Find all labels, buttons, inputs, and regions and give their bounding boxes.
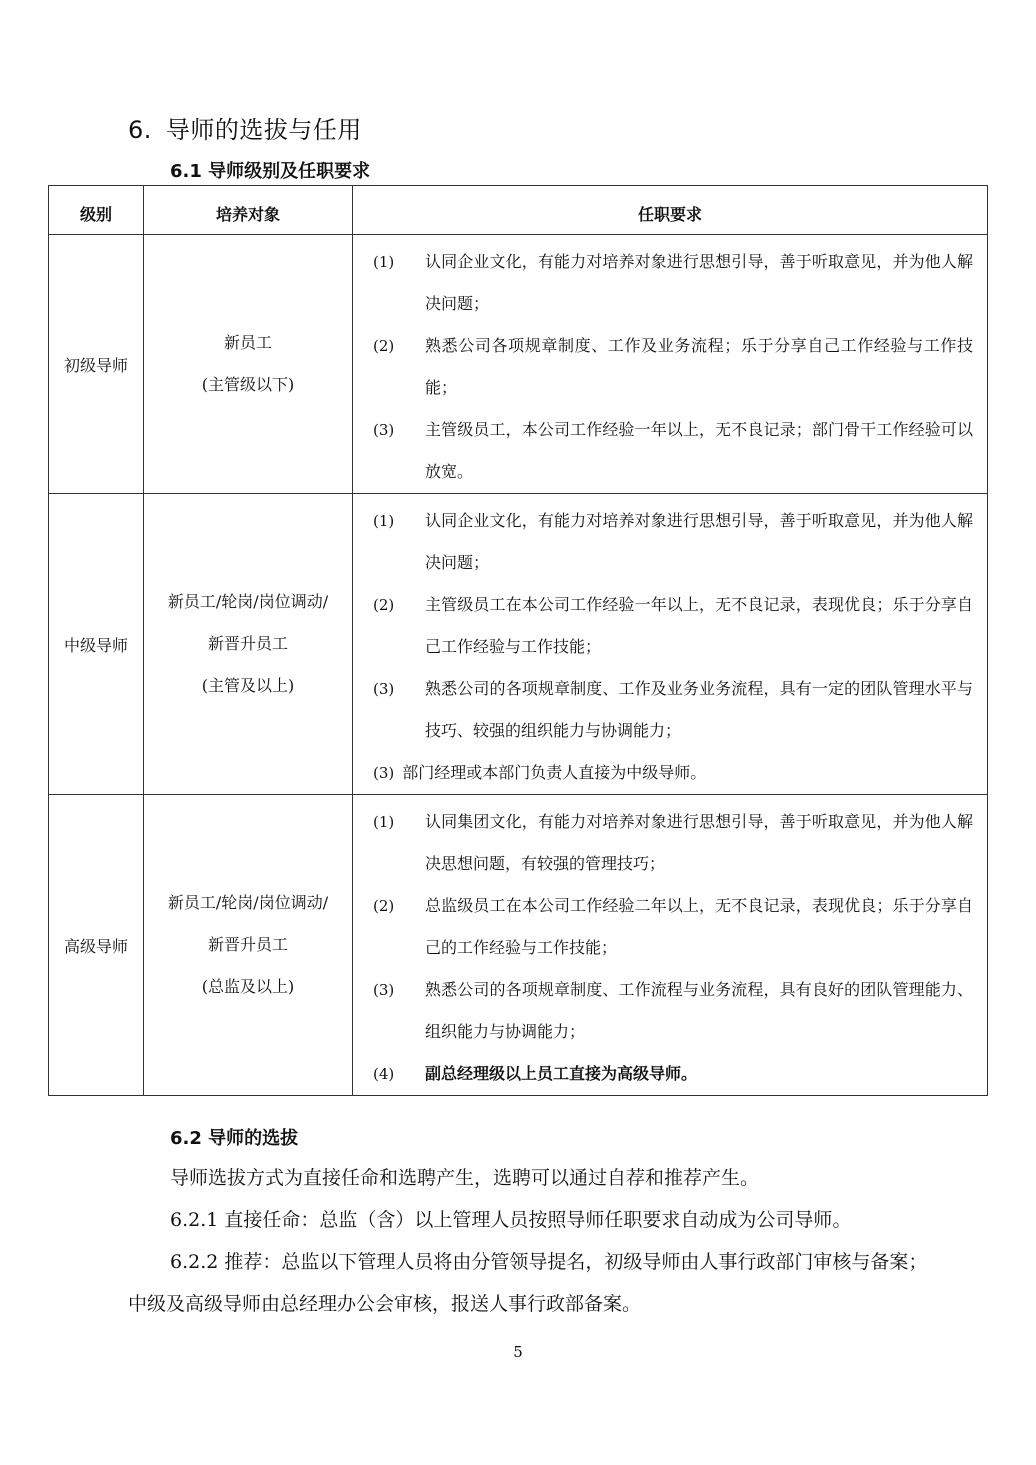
target-cell: 新员工 (主管级以下) [144,235,353,494]
target-line: 新晋升员工 [144,924,352,966]
table-header-row: 级别 培养对象 任职要求 [49,186,988,235]
requirement-item: (3) 主管级员工，本公司工作经验一年以上，无不良记录；部门骨干工作经验可以放宽… [373,409,973,493]
requirement-item: (4) 副总经理级以上员工直接为高级导师。 [373,1053,973,1095]
target-cell: 新员工/轮岗/岗位调动/ 新晋升员工 (主管及以上) [144,494,353,795]
target-line: (主管级以下) [144,364,352,406]
header-requirements: 任职要求 [353,186,988,235]
paragraph: 导师选拔方式为直接任命和选聘产生，选聘可以通过自荐和推荐产生。 [128,1157,928,1199]
requirements-cell: (1) 认同集团文化，有能力对培养对象进行思想引导，善于听取意见，并为他人解决思… [353,795,988,1096]
requirement-item: (1) 认同企业文化，有能力对培养对象进行思想引导，善于听取意见，并为他人解决问… [373,500,973,584]
level-cell: 初级导师 [49,235,144,494]
requirements-cell: (1) 认同企业文化，有能力对培养对象进行思想引导，善于听取意见，并为他人解决问… [353,494,988,795]
header-target: 培养对象 [144,186,353,235]
requirement-item: (2) 总监级员工在本公司工作经验二年以上，无不良记录，表现优良；乐于分享自己的… [373,885,973,969]
table-row-senior: 高级导师 新员工/轮岗/岗位调动/ 新晋升员工 (总监及以上) (1) 认同集团… [49,795,988,1096]
requirement-item: (1) 认同企业文化，有能力对培养对象进行思想引导，善于听取意见，并为他人解决问… [373,241,973,325]
header-level: 级别 [49,186,144,235]
paragraph: 6.2.2 推荐：总监以下管理人员将由分管领导提名，初级导师由人事行政部门审核与… [128,1241,928,1325]
level-cell: 中级导师 [49,494,144,795]
table-row-intermediate: 中级导师 新员工/轮岗/岗位调动/ 新晋升员工 (主管及以上) (1) 认同企业… [49,494,988,795]
target-line: 新晋升员工 [144,623,352,665]
table-row-junior: 初级导师 新员工 (主管级以下) (1) 认同企业文化，有能力对培养对象进行思想… [49,235,988,494]
requirement-item: (3) 熟悉公司的各项规章制度、工作及业务业务流程，具有一定的团队管理水平与技巧… [373,668,973,752]
section-6-1-title: 6.1 导师级别及任职要求 [170,157,370,183]
target-cell: 新员工/轮岗/岗位调动/ 新晋升员工 (总监及以上) [144,795,353,1096]
mentor-requirements-table: 级别 培养对象 任职要求 初级导师 新员工 (主管级以下) (1) 认同企业文化… [48,185,988,1096]
requirement-item: (1) 认同集团文化，有能力对培养对象进行思想引导，善于听取意见，并为他人解决思… [373,801,973,885]
requirement-item: (3) 熟悉公司的各项规章制度、工作流程与业务流程，具有良好的团队管理能力、组织… [373,969,973,1053]
requirement-item: (2) 主管级员工在本公司工作经验一年以上，无不良记录，表现优良；乐于分享自己工… [373,584,973,668]
requirements-cell: (1) 认同企业文化，有能力对培养对象进行思想引导，善于听取意见，并为他人解决问… [353,235,988,494]
target-line: 新员工/轮岗/岗位调动/ [144,581,352,623]
target-line: 新员工/轮岗/岗位调动/ [144,882,352,924]
requirement-item: (2) 熟悉公司各项规章制度、工作及业务流程；乐于分享自己工作经验与工作技能； [373,325,973,409]
chapter-heading: 6.导师的选拔与任用 [128,110,362,145]
level-cell: 高级导师 [49,795,144,1096]
requirement-item: (3) 部门经理或本部门负责人直接为中级导师。 [373,752,973,794]
target-line: (总监及以上) [144,966,352,1008]
paragraph: 6.2.1 直接任命：总监（含）以上管理人员按照导师任职要求自动成为公司导师。 [128,1199,928,1241]
target-line: (主管及以上) [144,665,352,707]
target-line: 新员工 [144,322,352,364]
chapter-title: 导师的选拔与任用 [166,116,362,144]
page-number: 5 [0,1343,1036,1361]
section-6-2-title: 6.2 导师的选拔 [170,1124,298,1150]
chapter-number: 6. [128,116,152,144]
